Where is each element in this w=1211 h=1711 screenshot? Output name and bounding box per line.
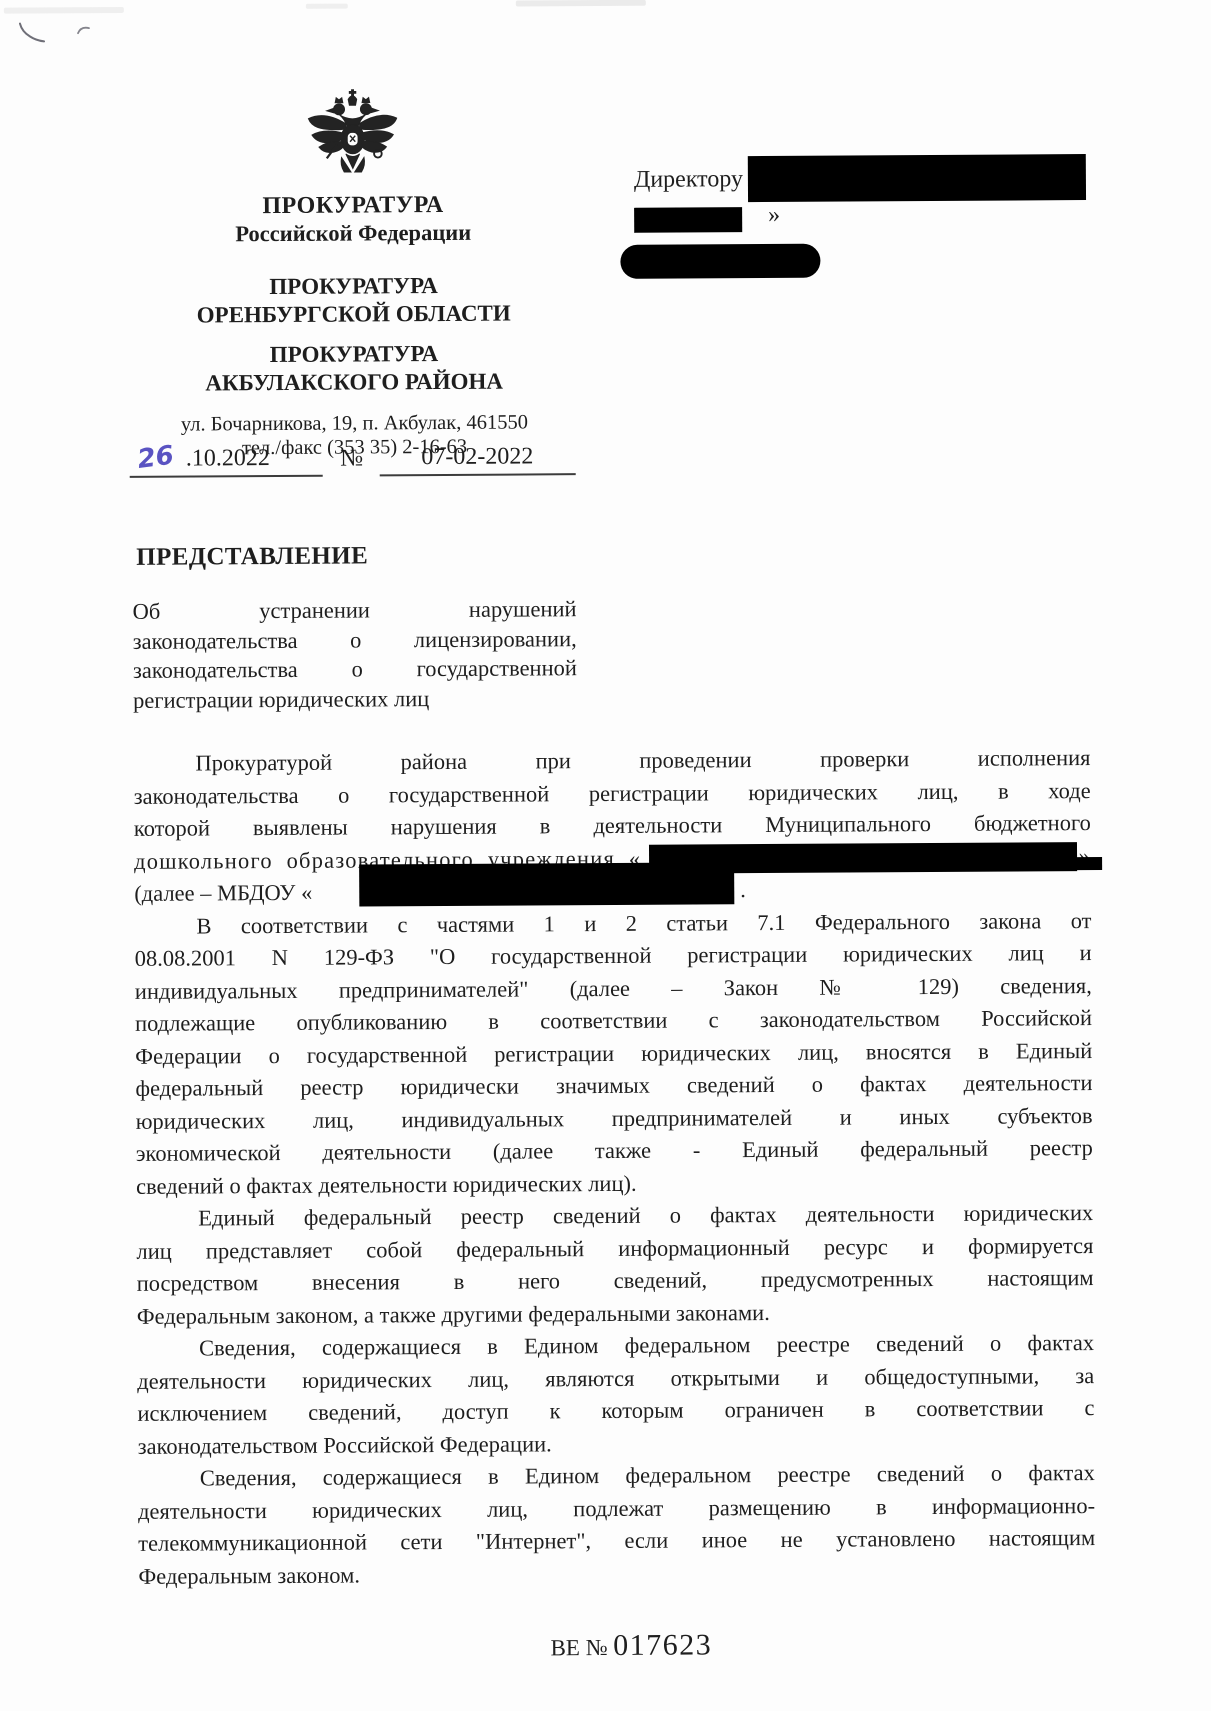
redaction-block-pill <box>620 244 820 279</box>
paragraph: В соответствии с частями 1 и 2 статьи 7.… <box>134 905 1093 1203</box>
text-line: Единый федеральный реестр сведений о фак… <box>136 1197 1093 1235</box>
subject-block: Об устранении нарушенийзаконодательства … <box>132 594 577 715</box>
pen-mark-icon <box>16 19 116 60</box>
page-title: ПРЕДСТАВЛЕНИЕ <box>136 537 1089 573</box>
text-line: Сведения, содержащиеся в Едином федераль… <box>138 1457 1095 1495</box>
org-name-federation-2: Российской Федерации <box>135 218 571 248</box>
form-number: 017623 <box>613 1628 712 1662</box>
text-line: посредством внесения в него сведений, пр… <box>137 1262 1094 1300</box>
recipient-close-quote: » <box>768 201 780 229</box>
redaction-block <box>748 154 1086 202</box>
recipient-block: Директору » <box>634 163 1087 279</box>
redacted-text-line: (далее – МБДОУ « . <box>134 872 1091 910</box>
org-name-region-1: ПРОКУРАТУРА <box>135 271 571 302</box>
text-segment: . <box>740 874 746 907</box>
text-line: Об устранении нарушений <box>132 594 576 626</box>
text-line: экономической деятельности (далее также … <box>136 1132 1093 1170</box>
paragraph: Единый федеральный реестр сведений о фак… <box>136 1197 1094 1333</box>
printed-date: .10.2022 <box>186 445 270 473</box>
text-line: Федеральным законом. <box>138 1555 1095 1593</box>
text-line: регистрации юридических лиц <box>133 683 577 715</box>
document-number: 07-02-2022 <box>379 443 576 476</box>
text-line: подлежащие опубликованию в соответствии … <box>135 1002 1092 1040</box>
org-name-region-2: ОРЕНБУРГСКОЙ ОБЛАСТИ <box>136 299 572 330</box>
text-line: Сведения, содержащиеся в Едином федераль… <box>137 1327 1094 1365</box>
redaction-block <box>359 862 734 906</box>
paragraph: Сведения, содержащиеся в Едином федераль… <box>138 1457 1096 1593</box>
paragraph: Прокуратурой района при проведении прове… <box>133 742 1091 910</box>
text-line: исключением сведений, доступ к которым о… <box>137 1392 1094 1430</box>
redaction-strip <box>732 857 1102 872</box>
handwritten-day: 26 <box>136 441 176 475</box>
text-line: Прокуратурой района при проведении прове… <box>133 742 1090 780</box>
text-line: которой выявлены нарушения в деятельност… <box>134 807 1091 845</box>
text-line: законодательства о государственной <box>133 653 577 685</box>
text-line: телекоммуникационной сети "Интернет", ес… <box>138 1522 1095 1560</box>
scanned-document-page: ПРОКУРАТУРА Российской Федерации ПРОКУРА… <box>0 0 1211 1711</box>
text-line: законодательства о лицензировании, <box>133 624 577 656</box>
org-name-district-2: АКБУЛАКСКОГО РАЙОНА <box>136 367 572 398</box>
letterhead: ПРОКУРАТУРА Российской Федерации ПРОКУРА… <box>134 84 572 461</box>
coat-of-arms-icon <box>300 85 405 188</box>
text-line: федеральный реестр юридически значимых с… <box>135 1067 1092 1105</box>
form-serial: ВЕ № 017623 <box>139 1627 1096 1667</box>
address-line: ул. Бочарникова, 19, п. Акбулак, 461550 <box>136 410 572 437</box>
form-series: ВЕ № <box>550 1635 607 1660</box>
text-line: 08.08.2001 N 129-ФЗ "О государственной р… <box>135 937 1092 975</box>
recipient-label: Директору <box>634 165 743 194</box>
document-body: ПРЕДСТАВЛЕНИЕ Об устранении нарушенийзак… <box>132 537 1096 1667</box>
number-sign: № <box>340 445 363 472</box>
text-segment: (далее – МБДОУ « <box>134 880 312 906</box>
paragraph: Сведения, содержащиеся в Едином федераль… <box>137 1327 1095 1463</box>
redaction-block <box>634 207 742 233</box>
date-field: 26 .10.2022 <box>130 442 323 478</box>
org-name-federation-1: ПРОКУРАТУРА <box>135 190 571 221</box>
org-name-district-1: ПРОКУРАТУРА <box>136 339 572 370</box>
date-number-row: 26 .10.2022 № 07-02-2022 <box>130 440 576 478</box>
